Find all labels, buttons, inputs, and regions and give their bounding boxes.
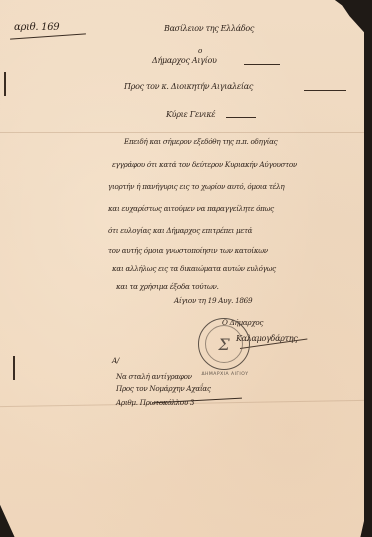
official-seal: Σ: [198, 318, 250, 370]
margin-mark: [13, 356, 15, 380]
header-mayor-underline: [244, 64, 280, 65]
margin-mark: [4, 72, 6, 96]
header-salutation-underline: [226, 117, 256, 118]
body-line: γιορτήν ή πανήγυρις εις το χωρίον αυτό, …: [108, 182, 284, 191]
fold-line: [0, 132, 364, 133]
seal-text: ΔΗΜΑΡΧΙΑ ΑΙΓΙΟΥ: [199, 372, 251, 377]
header-mayor: Δήμαρχος Αιγίου: [152, 56, 217, 65]
body-line: και αλλήλως εις τα δικαιώματα αυτών ευλό…: [112, 264, 276, 273]
body-line: Επειδή και σήμερον εξεδόθη της π.π. οδηγ…: [124, 137, 277, 146]
annotation-line: Προς τον Νομάρχην Αχαΐας: [116, 384, 211, 393]
body-line: ότι ευλογίας και Δήμαρχος επιτρέπει μετά: [108, 226, 252, 235]
annotation-line: Α/: [112, 356, 119, 365]
header-recipient-underline: [304, 90, 346, 91]
document-sheet: αριθ. 169 Βασίλειον της Ελλάδος ο Δήμαρχ…: [0, 0, 364, 537]
annotation-line: Να σταλή αντίγραφον: [116, 372, 192, 381]
body-line: τον αυτής όμοια γνωστοποίησιν των κατοίκ…: [108, 246, 268, 255]
reference-underline: [10, 33, 86, 39]
header-recipient: Προς τον κ. Διοικητήν Αιγιαλείας: [124, 82, 253, 91]
reference-number: αριθ. 169: [14, 22, 59, 33]
date-line: Αίγιον τη 19 Αυγ. 1869: [174, 296, 252, 305]
body-line: εγγράφου ότι κατά τον δεύτερον Κυριακήν …: [112, 160, 297, 169]
header-kingdom: Βασίλειον της Ελλάδος: [164, 24, 254, 33]
body-line: και ευχαρίστως αιτούμεν να παραγγείλητε …: [108, 204, 274, 213]
header-article: ο: [198, 46, 202, 55]
seal-emblem: Σ: [205, 325, 243, 363]
header-salutation: Κύριε Γενικέ: [166, 110, 215, 119]
body-line: και τα χρήσιμα έξοδα τούτων.: [116, 282, 219, 291]
